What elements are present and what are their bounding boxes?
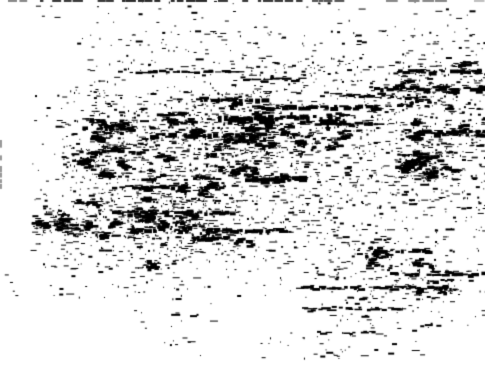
binarized-rock-photo: [0, 0, 485, 388]
photo-frame: [0, 0, 485, 388]
